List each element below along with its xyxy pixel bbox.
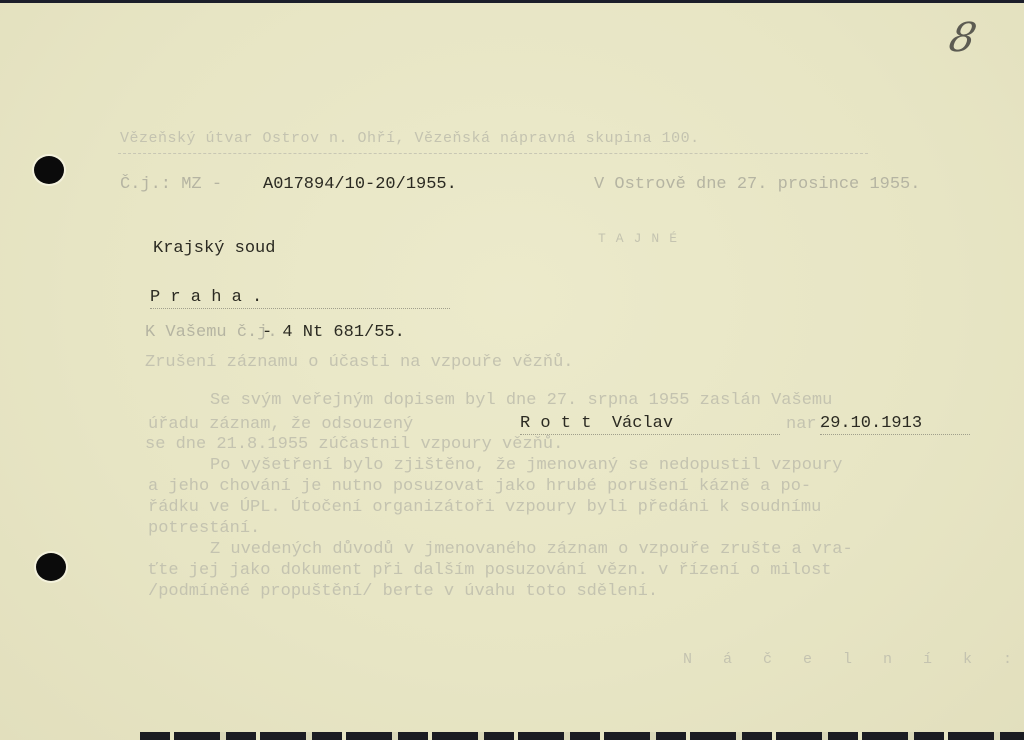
body-line: řádku ve ÚPL. Útočení organizátoři vzpou… (148, 498, 821, 518)
your-ref-number: - 4 Nt 681/55. (262, 323, 405, 343)
page-number: 8 (945, 15, 980, 61)
body-line: a jeho chování je nutno posuzovat jako h… (148, 477, 811, 497)
recipient-name: Krajský soud (153, 239, 275, 259)
person-name: R o t t Václav (520, 414, 780, 435)
punch-hole-icon (36, 553, 66, 581)
body-line: Z uvedených důvodů v jmenovaného záznam … (210, 540, 853, 560)
letterhead: Vězeňský útvar Ostrov n. Ohří, Vězeňská … (120, 129, 700, 149)
body-line: potrestání. (148, 519, 260, 539)
your-ref-prefix: K Vašemu č.j. (145, 323, 278, 343)
letterhead-rule (118, 153, 868, 154)
punch-hole-icon (34, 156, 64, 184)
reference-number: A017894/10-20/1955. (263, 175, 457, 195)
subject-line: Zrušení záznamu o účasti na vzpouře vězň… (145, 353, 573, 373)
document-page: 8 Vězeňský útvar Ostrov n. Ohří, Vězeňsk… (0, 3, 1024, 740)
birth-date: 29.10.1913 (820, 414, 970, 435)
body-line: /podmíněné propuštění/ berte v úvahu tot… (148, 582, 658, 602)
body-line: Po vyšetření bylo zjištěno, že jmenovaný… (210, 456, 843, 476)
body-line: úřadu záznam, že odsouzený (148, 415, 413, 435)
body-line: ťte jej jako dokument při dalším posuzov… (148, 561, 832, 581)
recipient-city: P r a h a . (150, 288, 450, 309)
scan-bottom-edge (140, 732, 1024, 740)
place-date: V Ostrově dne 27. prosince 1955. (594, 175, 920, 195)
body-line: se dne 21.8.1955 zúčastnil vzpoury vězňů… (145, 435, 563, 455)
body-line: Se svým veřejným dopisem byl dne 27. srp… (210, 391, 832, 411)
classification-stamp: TAJNÉ (598, 229, 687, 249)
signature-title: N á č e l n í k : (683, 650, 1023, 670)
reference-prefix: Č.j.: MZ - (120, 175, 222, 195)
